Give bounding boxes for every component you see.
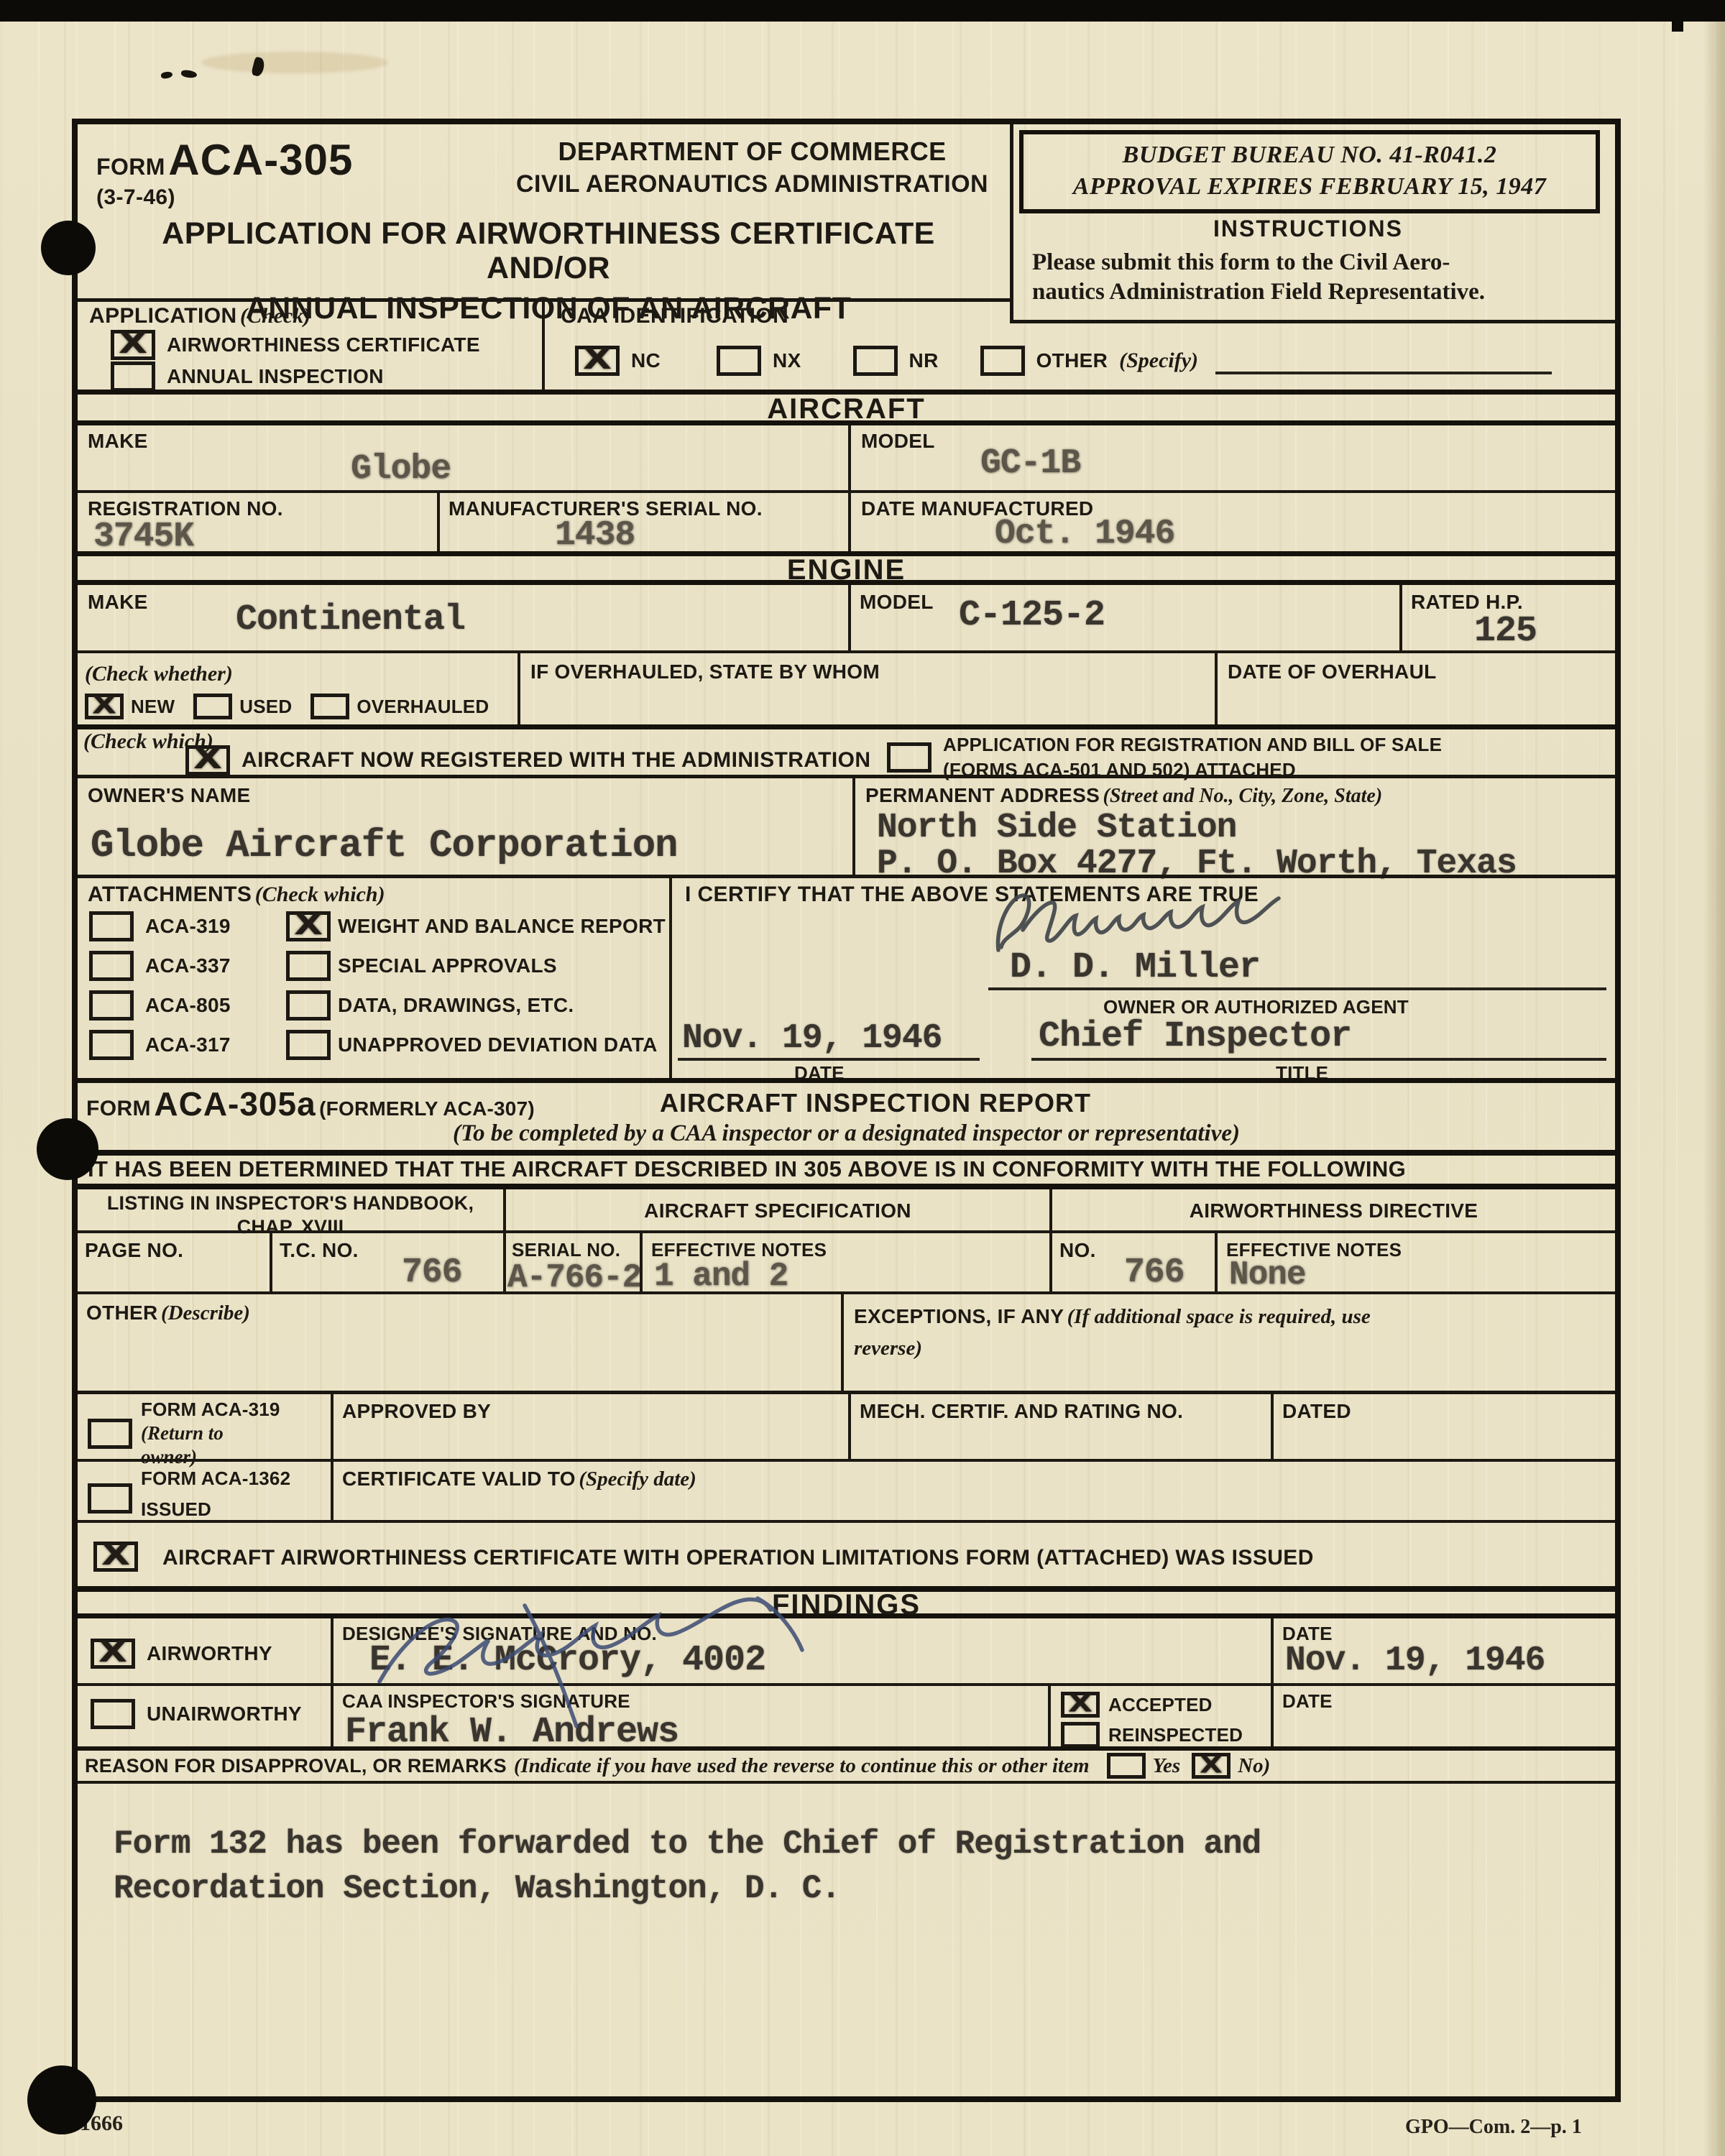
- remarks-line1: Form 132 has been forwarded to the Chief…: [114, 1825, 1261, 1863]
- page-no-cell: PAGE NO.: [78, 1233, 270, 1291]
- engine-model-cell: MODEL C-125-2: [848, 585, 1399, 650]
- registration-status-row: (Check which) X AIRCRAFT NOW REGISTERED …: [78, 724, 1615, 775]
- aircraft-model-label: MODEL: [861, 430, 935, 453]
- spec-notes-value: 1 and 2: [654, 1258, 788, 1295]
- engine-make-row: MAKE Continental MODEL C-125-2 RATED H.P…: [78, 585, 1615, 650]
- checkbox-overhauled[interactable]: OVERHAULED: [310, 694, 489, 719]
- budget-bureau-number: BUDGET BUREAU NO. 41-R041.2: [1023, 142, 1596, 169]
- overhauled-by-cell: IF OVERHAULED, STATE BY WHOM: [517, 653, 1215, 724]
- checkbox-other[interactable]: OTHER (Specify): [980, 346, 1198, 376]
- title-rule: [1031, 1058, 1606, 1061]
- checkbox-box[interactable]: [717, 346, 761, 376]
- other-label-italic: (Describe): [161, 1302, 250, 1325]
- owner-row: OWNER'S NAME Globe Aircraft Corporation …: [78, 775, 1615, 875]
- aircraft-make-value: Globe: [351, 450, 451, 489]
- checkbox-box[interactable]: X: [111, 330, 155, 360]
- certification-title-value: Chief Inspector: [1039, 1016, 1351, 1057]
- ad-no-cell: NO. 766: [1049, 1233, 1215, 1291]
- checkbox-aca-805[interactable]: ACA-805: [89, 990, 231, 1021]
- aircraft-model-cell: MODEL GC-1B: [848, 425, 1615, 490]
- engine-hp-cell: RATED H.P. 125: [1399, 585, 1615, 650]
- aca-1362-row: FORM ACA-1362 ISSUED CERTIFICATE VALID T…: [78, 1459, 1615, 1520]
- aircraft-make-label: MAKE: [88, 430, 148, 453]
- reason-label: REASON FOR DISAPPROVAL, OR REMARKS: [85, 1755, 507, 1777]
- checkbox-label: REINSPECTED: [1108, 1724, 1243, 1746]
- checkbox-label: OTHER: [1036, 349, 1108, 372]
- tc-no-label: T.C. NO.: [280, 1239, 359, 1262]
- certificate-valid-cell: CERTIFICATE VALID TO (Specify date): [331, 1462, 1615, 1520]
- checkbox-label: UNAIRWORTHY: [147, 1703, 302, 1726]
- checkbox-unairworthy[interactable]: UNAIRWORTHY: [91, 1699, 302, 1729]
- aca-1362-label-line1: FORM ACA-1362: [141, 1468, 290, 1490]
- department-block: DEPARTMENT OF COMMERCE CIVIL AERONAUTICS…: [494, 137, 1010, 198]
- certification-section: I CERTIFY THAT THE ABOVE STATEMENTS ARE …: [669, 878, 1615, 1078]
- checkbox-box[interactable]: X: [286, 911, 331, 941]
- checkbox-box[interactable]: [286, 951, 331, 981]
- exceptions-label-italic2: reverse): [854, 1333, 1601, 1365]
- caa-identification-section: CAA IDENTIFICATION X NC NX NR OTHER (: [545, 298, 1612, 390]
- checkbox-nr[interactable]: NR: [853, 346, 939, 376]
- engine-make-label: MAKE: [88, 591, 148, 614]
- date-rule: [678, 1058, 980, 1061]
- checkbox-aca-319[interactable]: ACA-319: [89, 911, 231, 941]
- aca-319-row: FORM ACA-319 (Return to owner) APPROVED …: [78, 1391, 1615, 1459]
- engine-section-label: ENGINE: [787, 554, 906, 586]
- department-line1: DEPARTMENT OF COMMERCE: [494, 137, 1010, 166]
- owner-address-cell: PERMANENT ADDRESS (Street and No., City,…: [852, 778, 1615, 875]
- mech-certif-label: MECH. CERTIF. AND RATING NO.: [860, 1400, 1183, 1423]
- checkbox-box[interactable]: [111, 361, 155, 392]
- checkbox-label: NX: [773, 349, 801, 372]
- designee-signature-script: [355, 1581, 844, 1732]
- remarks-yes-label: Yes: [1153, 1754, 1181, 1778]
- registration-no-cell: REGISTRATION NO. 3745K: [78, 493, 437, 551]
- caa-identification-label: CAA IDENTIFICATION: [561, 304, 788, 328]
- owner-name-cell: OWNER'S NAME Globe Aircraft Corporation: [78, 778, 852, 875]
- dated-cell: DATED: [1271, 1394, 1615, 1459]
- checkbox-label: SPECIAL APPROVALS: [338, 954, 557, 977]
- checkbox-box[interactable]: [310, 694, 349, 719]
- engine-condition-row: (Check whether) X NEW USED OVERHAULED IF…: [78, 650, 1615, 724]
- designee-date-value: Nov. 19, 1946: [1285, 1641, 1545, 1680]
- registration-no-value: 3745K: [93, 517, 193, 556]
- ad-notes-value: None: [1229, 1256, 1305, 1294]
- overhauled-by-label: IF OVERHAULED, STATE BY WHOM: [530, 660, 880, 683]
- findings-designee-row: X AIRWORTHY DESIGNEE'S SIGNATURE AND NO.…: [78, 1618, 1615, 1683]
- ink-mark: [181, 70, 198, 78]
- date-manufactured-cell: DATE MANUFACTURED Oct. 1946: [848, 493, 1615, 551]
- checkbox-nc[interactable]: X NC: [575, 346, 661, 376]
- attachments-label-italic: (Check which): [255, 883, 385, 906]
- checkbox-accepted[interactable]: X ACCEPTED: [1061, 1692, 1213, 1718]
- budget-approval-expires: APPROVAL EXPIRES FEBRUARY 15, 1947: [1023, 173, 1596, 201]
- engine-make-value: Continental: [236, 599, 465, 640]
- engine-condition-cell: (Check whether) X NEW USED OVERHAULED: [78, 653, 517, 724]
- spec-header-cell: AIRCRAFT SPECIFICATION: [503, 1189, 1049, 1230]
- page-no-label: PAGE NO.: [85, 1239, 183, 1262]
- checkbox-label: ACA-317: [145, 1033, 231, 1056]
- hole-punch-top: [41, 221, 96, 275]
- stain-mark: [201, 52, 388, 73]
- certificate-valid-italic: (Specify date): [579, 1468, 696, 1491]
- page-title-line1: APPLICATION FOR AIRWORTHINESS CERTIFICAT…: [106, 216, 990, 285]
- inspector-date-label: DATE: [1282, 1690, 1333, 1713]
- budget-bureau-box: BUDGET BUREAU NO. 41-R041.2 APPROVAL EXP…: [1019, 130, 1600, 213]
- dated-label: DATED: [1282, 1400, 1351, 1423]
- checkbox-reinspected[interactable]: REINSPECTED: [1061, 1722, 1243, 1748]
- spec-serial-cell: SERIAL NO. A-766-2: [503, 1233, 640, 1291]
- application-label: APPLICATION: [89, 304, 237, 328]
- checkbox-label: NEW: [131, 696, 175, 718]
- serial-no-cell: MANUFACTURER'S SERIAL NO. 1438: [437, 493, 848, 551]
- checkbox-box[interactable]: [980, 346, 1025, 376]
- attachments-certification-row: ATTACHMENTS (Check which) ACA-319 ACA-33…: [78, 875, 1615, 1078]
- checkbox-label: OVERHAULED: [356, 696, 489, 718]
- ad-header-label: AIRWORTHINESS DIRECTIVE: [1052, 1199, 1615, 1222]
- date-manufactured-value: Oct. 1946: [995, 515, 1174, 553]
- overhaul-date-label: DATE OF OVERHAUL: [1228, 660, 1437, 683]
- owner-signature-typed: D. D. Miller: [1010, 947, 1260, 988]
- checkbox-form-aca-1362[interactable]: [88, 1483, 132, 1514]
- spec-notes-cell: EFFECTIVE NOTES 1 and 2: [640, 1233, 1049, 1291]
- mech-certif-cell: MECH. CERTIF. AND RATING NO.: [848, 1394, 1271, 1459]
- caa-id-options: X NC NX NR OTHER (Specify): [575, 346, 1552, 376]
- application-row: APPLICATION (Check) X AIRWORTHINESS CERT…: [78, 298, 1615, 390]
- checkbox-label: ACCEPTED: [1108, 1694, 1213, 1716]
- ad-no-value: 766: [1124, 1253, 1184, 1292]
- form-number: ACA-305: [168, 136, 353, 184]
- engine-section-band: ENGINE: [78, 551, 1615, 585]
- owner-address-line1: North Side Station: [877, 808, 1236, 847]
- exceptions-label: EXCEPTIONS, IF ANY: [854, 1305, 1064, 1327]
- department-line2: CIVIL AERONAUTICS ADMINISTRATION: [494, 170, 1010, 198]
- checkbox-box[interactable]: X: [575, 346, 620, 376]
- checkbox-label: UNAPPROVED DEVIATION DATA: [338, 1033, 658, 1056]
- aircraft-model-value: GC-1B: [980, 444, 1080, 483]
- owner-name-label: OWNER'S NAME: [88, 784, 250, 807]
- listing-table-header: LISTING IN INSPECTOR'S HANDBOOK, CHAP. X…: [78, 1189, 1615, 1230]
- checkbox-label-italic: (Specify): [1119, 349, 1198, 373]
- checkbox-remarks-yes[interactable]: [1107, 1753, 1146, 1779]
- inspection-report-header: FORM ACA-305a (FORMERLY ACA-307) AIRCRAF…: [78, 1078, 1615, 1150]
- engine-condition-options: X NEW USED OVERHAULED: [85, 694, 489, 719]
- checkbox-box[interactable]: X: [185, 745, 230, 775]
- checkbox-label: USED: [239, 696, 292, 718]
- form-label: FORM: [96, 154, 165, 180]
- checkbox-label: DATA, DRAWINGS, ETC.: [338, 994, 574, 1017]
- ink-mark: [160, 70, 173, 79]
- checkbox-box[interactable]: [89, 911, 134, 941]
- scan-artifact: [1672, 22, 1683, 32]
- reason-row: REASON FOR DISAPPROVAL, OR REMARKS (Indi…: [78, 1746, 1615, 1781]
- designee-signature-cell: DESIGNEE'S SIGNATURE AND NO. E. E. McCro…: [331, 1618, 1271, 1683]
- checkbox-box[interactable]: [89, 990, 134, 1021]
- checkbox-airworthy[interactable]: X AIRWORTHY: [91, 1639, 272, 1669]
- header-right-column: BUDGET BUREAU NO. 41-R041.2 APPROVAL EXP…: [1010, 124, 1619, 323]
- exceptions-label-italic1: (If additional space is required, use: [1067, 1305, 1371, 1328]
- checkbox-aca-337[interactable]: ACA-337: [89, 951, 231, 981]
- checkbox-airworthiness-certificate[interactable]: X AIRWORTHINESS CERTIFICATE: [111, 330, 480, 360]
- checkbox-box[interactable]: X: [91, 1639, 135, 1669]
- checkbox-label: AIRCRAFT NOW REGISTERED WITH THE ADMINIS…: [241, 748, 870, 773]
- remarks-line2: Recordation Section, Washington, D. C.: [114, 1870, 840, 1907]
- other-describe-cell: OTHER (Describe): [78, 1294, 841, 1391]
- exceptions-cell: EXCEPTIONS, IF ANY (If additional space …: [841, 1294, 1615, 1391]
- checkbox-box[interactable]: [193, 694, 232, 719]
- attachments-section: ATTACHMENTS (Check which) ACA-319 ACA-33…: [78, 878, 669, 1078]
- spec-serial-label: SERIAL NO.: [512, 1239, 620, 1261]
- other-specify-line[interactable]: [1215, 347, 1552, 374]
- findings-inspector-row: UNAIRWORTHY CAA INSPECTOR'S SIGNATURE Fr…: [78, 1683, 1615, 1746]
- engine-model-label: MODEL: [860, 591, 934, 614]
- checkbox-unapproved-deviation[interactable]: UNAPPROVED DEVIATION DATA: [286, 1030, 658, 1060]
- checkbox-label: ACA-319: [145, 915, 231, 938]
- accepted-reinspected-cell: X ACCEPTED REINSPECTED: [1048, 1686, 1271, 1746]
- checkbox-weight-balance[interactable]: X WEIGHT AND BALANCE REPORT: [286, 911, 666, 941]
- checkbox-nx[interactable]: NX: [717, 346, 801, 376]
- checkbox-box[interactable]: X: [1061, 1692, 1100, 1718]
- checkbox-label: ACA-337: [145, 954, 231, 977]
- checkbox-new[interactable]: X NEW: [85, 694, 175, 719]
- attachments-label: ATTACHMENTS: [88, 883, 252, 906]
- checkbox-box[interactable]: [89, 951, 134, 981]
- reason-label-italic: (Indicate if you have used the reverse t…: [514, 1754, 1090, 1778]
- spec-header-label: AIRCRAFT SPECIFICATION: [506, 1199, 1049, 1222]
- checkbox-box[interactable]: [1061, 1722, 1100, 1748]
- check-whether-label: (Check whether): [85, 662, 233, 686]
- checkbox-aca-317[interactable]: ACA-317: [89, 1030, 231, 1060]
- remarks-no-label: No): [1238, 1754, 1270, 1778]
- checkbox-box[interactable]: [91, 1699, 135, 1729]
- certification-date-value: Nov. 19, 1946: [682, 1019, 942, 1058]
- checkbox-remarks-no[interactable]: X: [1192, 1753, 1230, 1779]
- checkbox-label: NC: [631, 349, 661, 372]
- tc-no-value: 766: [402, 1253, 461, 1292]
- owner-address-label-italic: (Street and No., City, Zone, State): [1103, 785, 1383, 807]
- airworthy-cell: X AIRWORTHY: [78, 1618, 331, 1683]
- owner-name-value: Globe Aircraft Corporation: [91, 824, 678, 868]
- signature-rule: [988, 987, 1606, 990]
- owner-address-label: PERMANENT ADDRESS: [865, 784, 1100, 806]
- listing-header-cell: LISTING IN INSPECTOR'S HANDBOOK, CHAP. X…: [78, 1189, 503, 1230]
- aircraft-section-label: AIRCRAFT: [767, 393, 925, 425]
- report-form-label: FORM: [86, 1097, 151, 1120]
- listing-table-values: PAGE NO. T.C. NO. 766 SERIAL NO. A-766-2…: [78, 1230, 1615, 1291]
- engine-model-value: C-125-2: [959, 595, 1105, 636]
- checkbox-label: NR: [909, 349, 939, 372]
- checkbox-used[interactable]: USED: [193, 694, 292, 719]
- other-exceptions-row: OTHER (Describe) EXCEPTIONS, IF ANY (If …: [78, 1291, 1615, 1391]
- checkbox-label: ANNUAL INSPECTION: [167, 365, 384, 388]
- form-aca-305: FORM ACA-305 (3-7-46) DEPARTMENT OF COMM…: [72, 119, 1621, 2102]
- certificate-issued-cell: X AIRCRAFT AIRWORTHINESS CERTIFICATE WIT…: [78, 1523, 1615, 1586]
- certificate-issued-row: X AIRCRAFT AIRWORTHINESS CERTIFICATE WIT…: [78, 1520, 1615, 1586]
- scanned-form-page: { "page": { "form_label": "FORM", "form_…: [0, 0, 1725, 2156]
- engine-make-cell: MAKE Continental: [78, 585, 848, 650]
- report-title: AIRCRAFT INSPECTION REPORT: [480, 1089, 1271, 1118]
- remarks-area[interactable]: Form 132 has been forwarded to the Chief…: [78, 1781, 1615, 2096]
- determination-band: IT HAS BEEN DETERMINED THAT THE AIRCRAFT…: [78, 1150, 1615, 1189]
- aca-1362-label-line2: ISSUED: [141, 1498, 290, 1521]
- ad-header-cell: AIRWORTHINESS DIRECTIVE: [1049, 1189, 1615, 1230]
- engine-hp-value: 125: [1474, 611, 1537, 652]
- aca-319-check-cell: FORM ACA-319 (Return to owner): [78, 1394, 331, 1459]
- aircraft-make-cell: MAKE Globe: [78, 425, 848, 490]
- scan-top-black-bar: [0, 0, 1725, 22]
- aircraft-registration-row: REGISTRATION NO. 3745K MANUFACTURER'S SE…: [78, 490, 1615, 551]
- form-id-block: FORM ACA-305 (3-7-46): [96, 136, 353, 210]
- checkbox-box[interactable]: [887, 742, 931, 773]
- ad-no-label: NO.: [1059, 1239, 1096, 1262]
- application-section: APPLICATION (Check) X AIRWORTHINESS CERT…: [78, 298, 545, 390]
- checkbox-box[interactable]: [286, 990, 331, 1021]
- inspector-date-cell: DATE: [1271, 1686, 1615, 1746]
- application-label-italic: (Check): [240, 304, 310, 328]
- certificate-valid-label: CERTIFICATE VALID TO: [342, 1468, 576, 1490]
- checkbox-data-drawings[interactable]: DATA, DRAWINGS, ETC.: [286, 990, 574, 1021]
- checkbox-box[interactable]: [286, 1030, 331, 1060]
- checkbox-form-aca-319[interactable]: [88, 1419, 132, 1449]
- report-subtitle: (To be completed by a CAA inspector or a…: [78, 1120, 1615, 1147]
- other-label: OTHER: [86, 1302, 158, 1324]
- aca-319-label-line1: FORM ACA-319: [141, 1399, 280, 1421]
- report-form-number: ACA-305a: [154, 1085, 316, 1123]
- checkbox-special-approvals[interactable]: SPECIAL APPROVALS: [286, 951, 557, 981]
- checkbox-label: WEIGHT AND BALANCE REPORT: [338, 915, 666, 938]
- checkbox-label: AIRWORTHINESS CERTIFICATE: [167, 333, 480, 356]
- findings-band: FINDINGS: [78, 1586, 1615, 1618]
- checkbox-box[interactable]: X: [85, 694, 124, 719]
- checkbox-box[interactable]: [853, 346, 898, 376]
- checkbox-label-line1: APPLICATION FOR REGISTRATION AND BILL OF…: [943, 734, 1442, 756]
- unairworthy-cell: UNAIRWORTHY: [78, 1686, 331, 1746]
- certificate-issued-label: AIRCRAFT AIRWORTHINESS CERTIFICATE WITH …: [162, 1546, 1314, 1570]
- ad-notes-cell: EFFECTIVE NOTES None: [1215, 1233, 1615, 1291]
- form-header-left: FORM ACA-305 (3-7-46) DEPARTMENT OF COMM…: [78, 124, 1010, 302]
- listing-header-line1: LISTING IN INSPECTOR'S HANDBOOK,: [78, 1192, 503, 1215]
- checkbox-annual-inspection[interactable]: ANNUAL INSPECTION: [111, 361, 384, 392]
- form-revision-date: (3-7-46): [96, 185, 353, 210]
- aca-319-label-line2: (Return to: [141, 1422, 280, 1445]
- hole-punch-middle: [37, 1118, 98, 1180]
- aircraft-make-model-row: MAKE Globe MODEL GC-1B: [78, 425, 1615, 490]
- aca-1362-check-cell: FORM ACA-1362 ISSUED: [78, 1462, 331, 1520]
- hole-punch-bottom: [27, 2065, 96, 2134]
- checkbox-box[interactable]: [89, 1030, 134, 1060]
- determination-text: IT HAS BEEN DETERMINED THAT THE AIRCRAFT…: [78, 1157, 1406, 1182]
- checkbox-label: AIRWORTHY: [147, 1642, 272, 1665]
- checkbox-aircraft-registered[interactable]: X AIRCRAFT NOW REGISTERED WITH THE ADMIN…: [185, 745, 870, 775]
- checkbox-certificate-issued[interactable]: X: [93, 1542, 138, 1572]
- checkbox-label: ACA-805: [145, 994, 231, 1017]
- tc-no-cell: T.C. NO. 766: [270, 1233, 503, 1291]
- approved-by-cell: APPROVED BY: [331, 1394, 848, 1459]
- designee-date-cell: DATE Nov. 19, 1946: [1271, 1618, 1615, 1683]
- instructions-title: INSTRUCTIONS: [1013, 216, 1603, 242]
- owner-agent-label: OWNER OR AUTHORIZED AGENT: [1103, 996, 1409, 1018]
- aircraft-section-band: AIRCRAFT: [78, 390, 1615, 425]
- instructions-line1: Please submit this form to the Civil Aer…: [1032, 248, 1593, 277]
- approved-by-label: APPROVED BY: [342, 1400, 491, 1423]
- serial-no-value: 1438: [555, 516, 635, 555]
- footer-gpo-note: GPO—Com. 2—p. 1: [1405, 2116, 1582, 2139]
- registration-status-cell: (Check which) X AIRCRAFT NOW REGISTERED …: [78, 729, 1615, 775]
- overhaul-date-cell: DATE OF OVERHAUL: [1215, 653, 1615, 724]
